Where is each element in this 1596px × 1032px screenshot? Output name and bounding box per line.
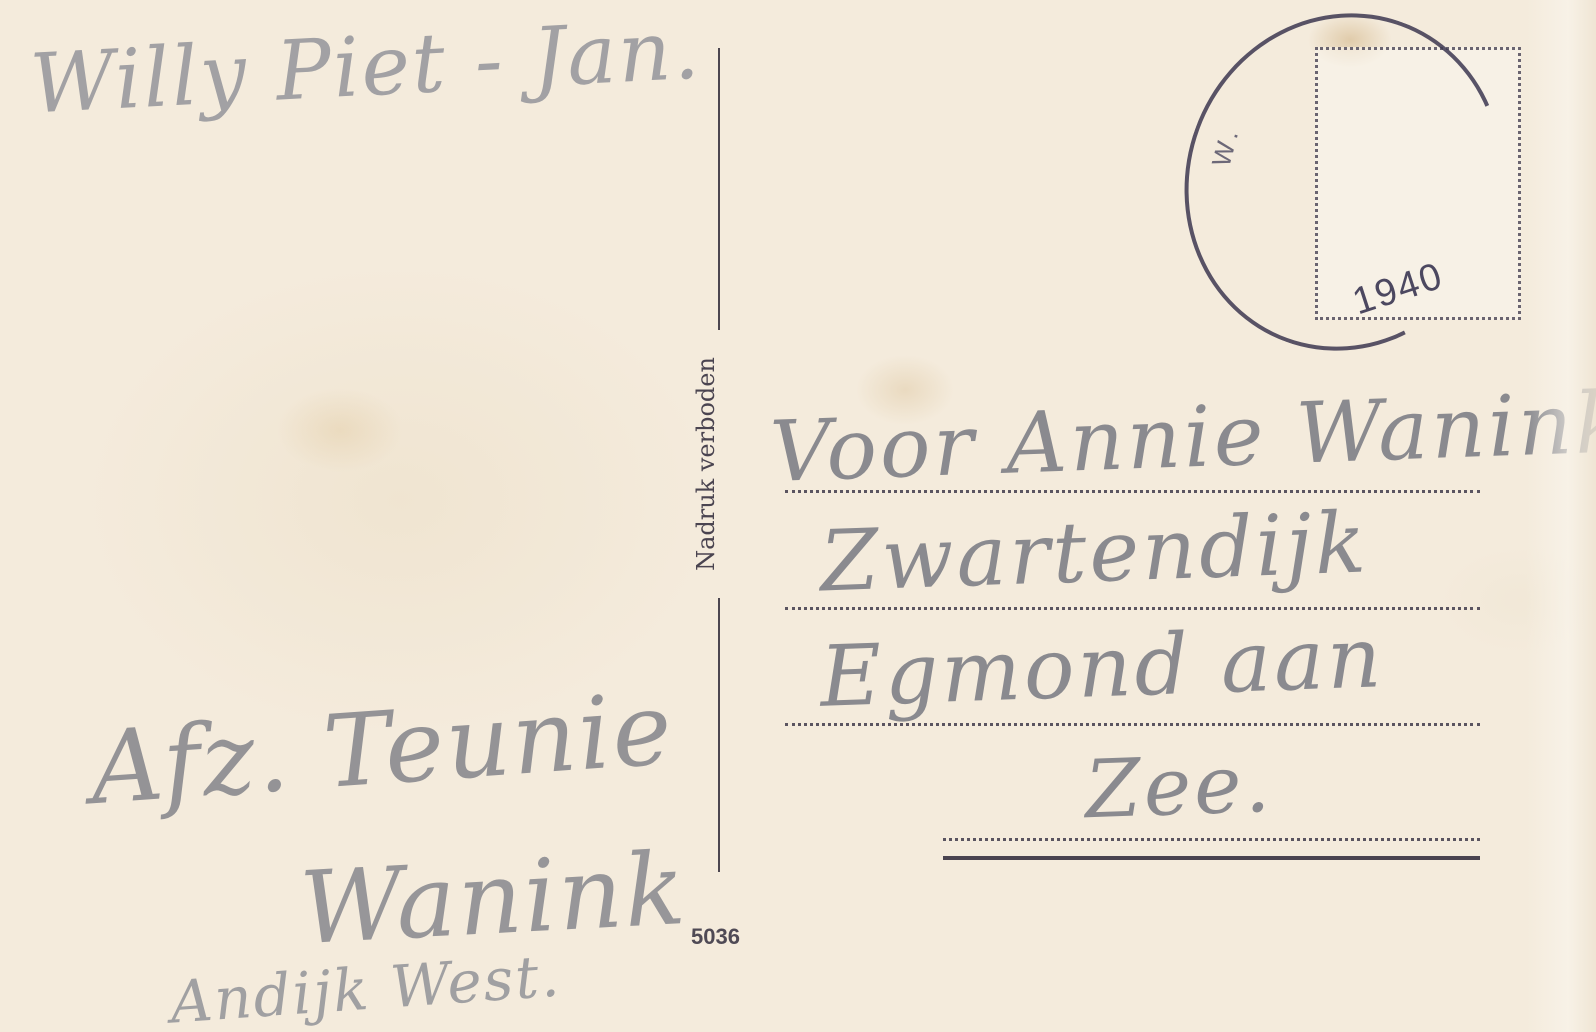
handwritten-greeting: Willy Piet - Jan. [28, 2, 703, 132]
divider-label: Nadruk verboden [690, 330, 722, 598]
postcard-back: Willy Piet - Jan. Afz. Teunie Wanink And… [0, 0, 1596, 1032]
address-recipient: Voor Annie Wanink [769, 373, 1596, 501]
sender-place: Andijk West. [168, 941, 563, 1032]
address-city: Egmond aan [818, 608, 1385, 726]
address-solid-rule [943, 856, 1480, 860]
address-street: Zwartendijk [818, 493, 1370, 610]
address-line-4-rule [943, 838, 1480, 841]
address-city-suffix: Zee. [1083, 737, 1274, 836]
card-number: 5036 [691, 924, 740, 950]
sender-name-first: Afz. Teunie [87, 670, 678, 827]
worn-edge [1526, 0, 1596, 1032]
